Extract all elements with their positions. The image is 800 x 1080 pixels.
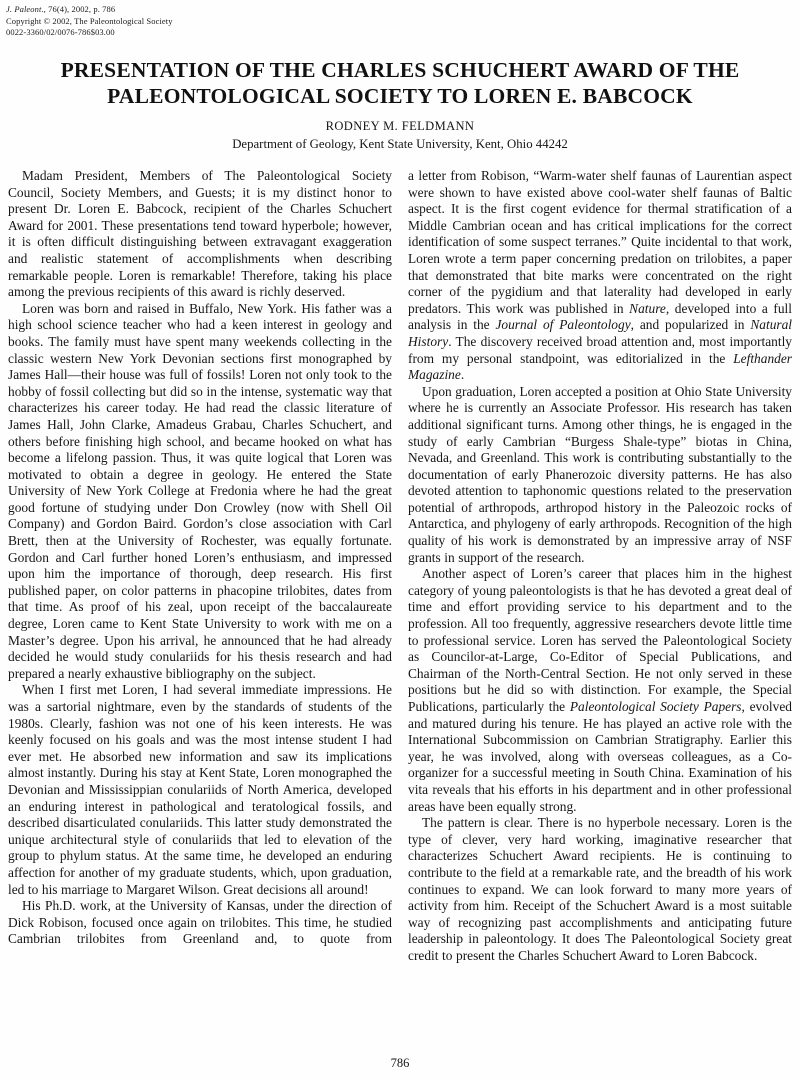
right-column: a letter from Robison, “Warm-water shelf… — [408, 168, 792, 965]
author-affiliation: Department of Geology, Kent State Univer… — [0, 137, 800, 152]
page-number: 786 — [0, 1056, 800, 1071]
title-block: PRESENTATION OF THE CHARLES SCHUCHERT AW… — [0, 57, 800, 152]
body-paragraph: Loren was born and raised in Buffalo, Ne… — [8, 301, 392, 683]
author-name: RODNEY M. FELDMANN — [0, 119, 800, 134]
body-paragraph: His Ph.D. work, at the University of Kan… — [8, 898, 392, 948]
journal-citation-line: J. Paleont., 76(4), 2002, p. 786 — [6, 4, 173, 16]
body-paragraph: When I first met Loren, I had several im… — [8, 682, 392, 898]
article-title: PRESENTATION OF THE CHARLES SCHUCHERT AW… — [44, 57, 756, 109]
body-paragraph: Upon graduation, Loren accepted a positi… — [408, 384, 792, 567]
journal-header: J. Paleont., 76(4), 2002, p. 786 Copyrig… — [6, 4, 173, 39]
body-paragraph: a letter from Robison, “Warm-water shelf… — [408, 168, 792, 384]
copyright-line: Copyright © 2002, The Paleontological So… — [6, 16, 173, 28]
article-body: Madam President, Members of The Paleonto… — [8, 168, 792, 965]
body-paragraph: Another aspect of Loren’s career that pl… — [408, 566, 792, 815]
left-column: Madam President, Members of The Paleonto… — [8, 168, 392, 965]
issn-price-line: 0022-3360/02/0076-786$03.00 — [6, 27, 173, 39]
journal-page: J. Paleont., 76(4), 2002, p. 786 Copyrig… — [0, 0, 800, 1080]
body-paragraph: The pattern is clear. There is no hyperb… — [408, 815, 792, 964]
body-paragraph: Madam President, Members of The Paleonto… — [8, 168, 392, 301]
